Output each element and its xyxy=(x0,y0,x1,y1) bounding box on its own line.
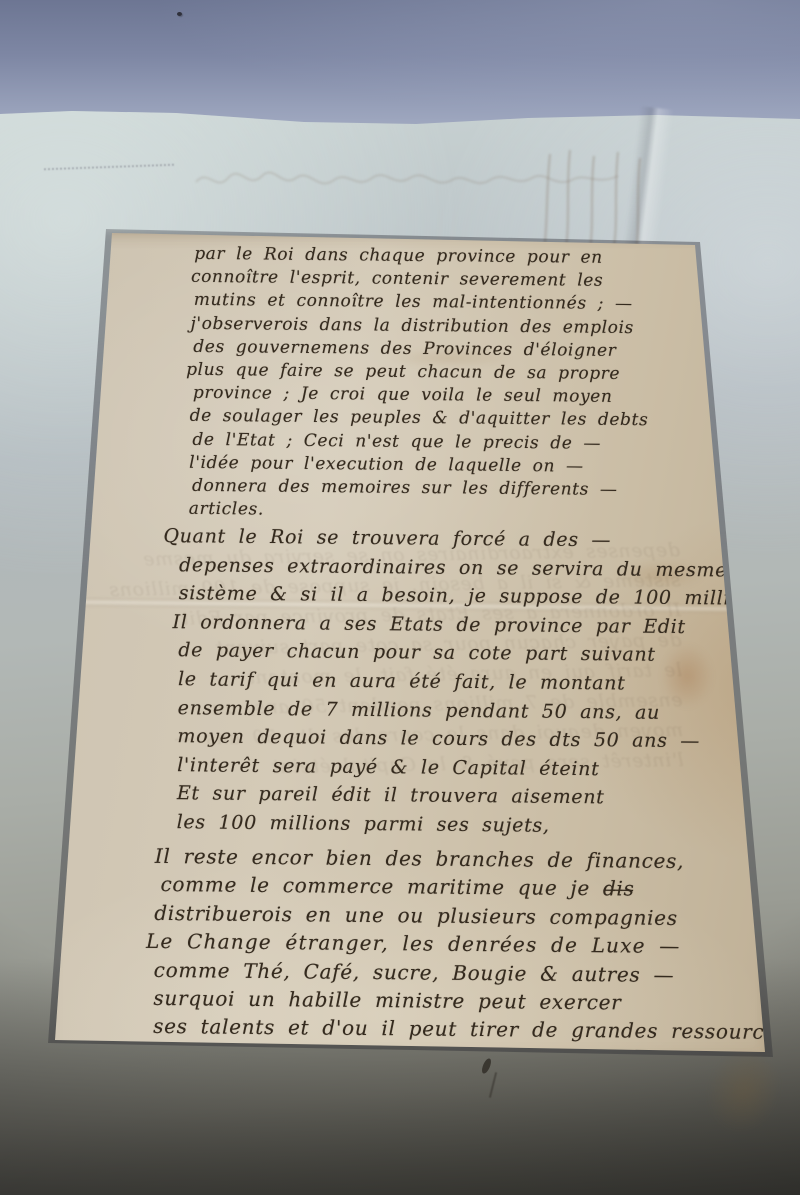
ink-speck xyxy=(177,12,182,16)
manuscript-paragraph-2: Quant le Roi se trouvera forcé a des — d… xyxy=(177,522,767,842)
manuscript-page: depenses extraordinaires on se servira d… xyxy=(40,225,780,1065)
manuscript-line: articles. xyxy=(189,498,648,526)
manuscript-line: donnera des memoires sur les differents … xyxy=(192,475,651,503)
manuscript-line: province ; Je croi que voila le seul moy… xyxy=(193,382,652,410)
manuscript-line: ses talents et d'ou il peut tirer de gra… xyxy=(153,1012,795,1047)
manuscript-line: mutins et connoître les mal-intentionnés… xyxy=(194,289,653,317)
manuscript-line: de l'Etat ; Ceci n'est que le precis de … xyxy=(192,428,651,456)
manuscript-paragraph-3: Il reste encor bien des branches de fina… xyxy=(153,842,797,1047)
manuscript-line: les 100 millions parmi ses sujets, xyxy=(177,808,764,842)
manuscript-line: par le Roi dans chaque province pour en xyxy=(194,243,653,271)
manuscript-paragraph-1: par le Roi dans chaque province pour en … xyxy=(189,243,650,526)
photo-of-manuscript: depenses extraordinaires on se servira d… xyxy=(0,0,800,1195)
